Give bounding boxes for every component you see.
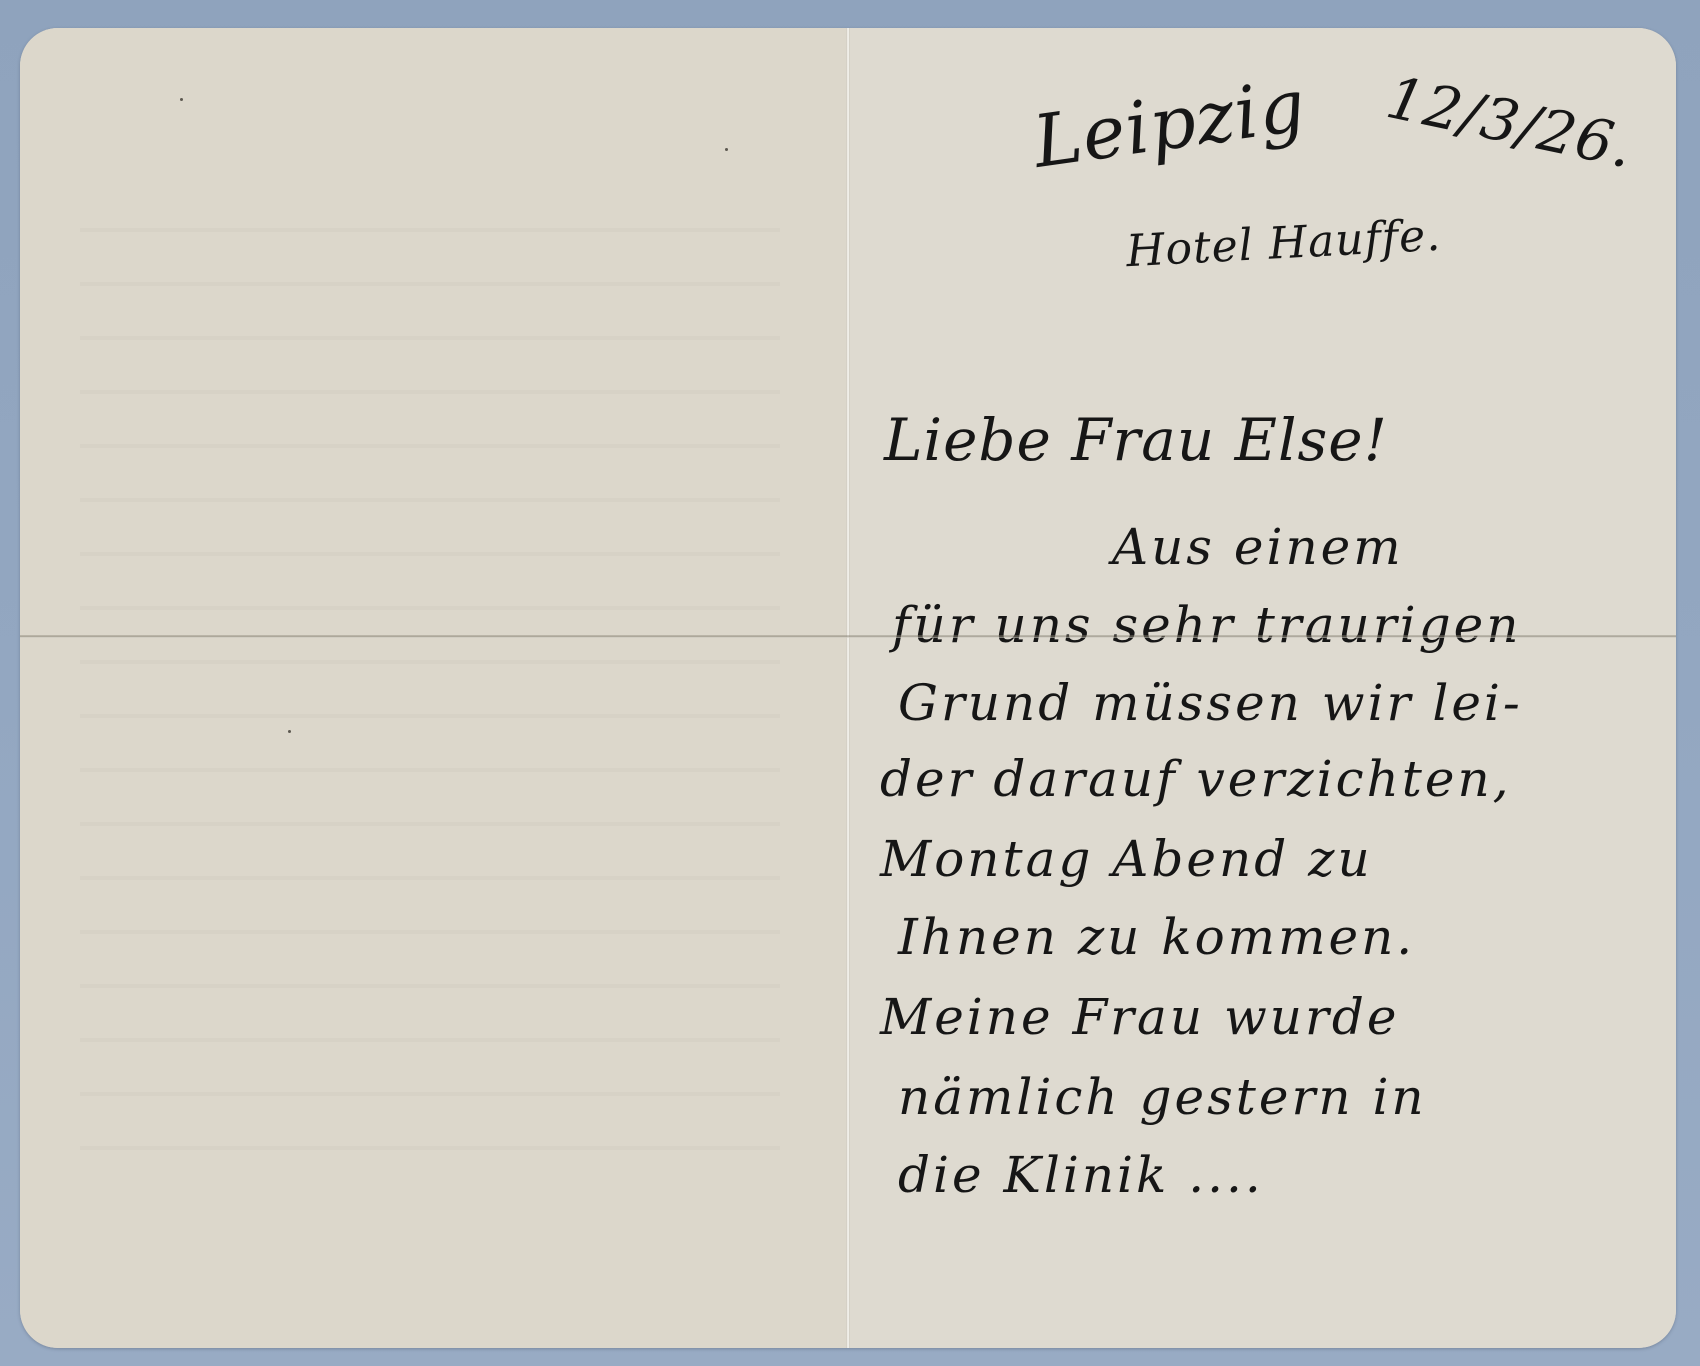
letter-date: 12/3/26. — [1381, 63, 1640, 181]
right-page-letter: Leipzig 12/3/26. Hotel Hauffe. Liebe Fra… — [850, 28, 1676, 1348]
letter-body-line: die Klinik .... — [898, 1146, 1264, 1204]
paper-speck — [180, 98, 183, 101]
letter-body-line: Montag Abend zu — [880, 830, 1373, 888]
letter-sheet: Leipzig 12/3/26. Hotel Hauffe. Liebe Fra… — [20, 28, 1676, 1348]
letter-place: Leipzig — [1028, 63, 1311, 184]
horizontal-fold-crease — [20, 635, 1676, 638]
letter-body-line: für uns sehr traurigen — [892, 596, 1521, 654]
letter-address: Hotel Hauffe. — [1125, 210, 1442, 277]
paper-speck — [725, 148, 728, 151]
letter-body-line: Aus einem — [1112, 518, 1404, 576]
letter-body-line: nämlich gestern in — [898, 1068, 1427, 1126]
letter-body-line: der darauf verzichten, — [880, 750, 1512, 808]
letter-salutation: Liebe Frau Else! — [884, 406, 1388, 474]
ink-bleed-through — [80, 178, 780, 1158]
letter-body-line: Ihnen zu kommen. — [898, 908, 1415, 966]
letter-body-line: Grund müssen wir lei- — [898, 674, 1523, 732]
paper-speck — [288, 730, 291, 733]
left-page-blank — [20, 28, 846, 1348]
letter-body-line: Meine Frau wurde — [880, 988, 1399, 1046]
